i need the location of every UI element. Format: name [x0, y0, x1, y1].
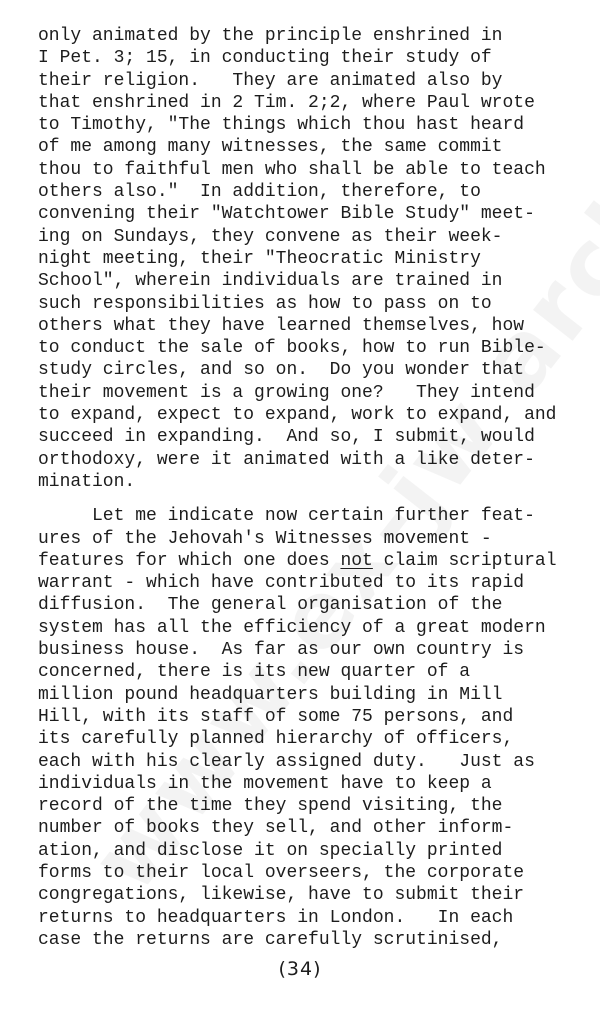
text-line: warrant - which have contributed to its … [38, 572, 578, 594]
text-line: returns to headquarters in London. In ea… [38, 907, 578, 929]
body-text: only animated by the principle enshrined… [38, 25, 578, 951]
text-line: their movement is a growing one? They in… [38, 382, 578, 404]
text-line: forms to their local overseers, the corp… [38, 862, 578, 884]
text-line: to conduct the sale of books, how to run… [38, 337, 578, 359]
text-line: features for which one does not claim sc… [38, 550, 578, 572]
text-line: ures of the Jehovah's Witnesses movement… [38, 528, 578, 550]
text-line: ing on Sundays, they convene as their we… [38, 226, 578, 248]
text-line: orthodoxy, were it animated with a like … [38, 449, 578, 471]
paragraph: Let me indicate now certain further feat… [38, 505, 578, 951]
paragraph-gap [38, 493, 578, 505]
document-page: www.ex-jw archive.org only animated by t… [0, 0, 600, 1029]
text-line: record of the time they spend visiting, … [38, 795, 578, 817]
page-number: (34) [0, 958, 600, 980]
text-line: its carefully planned hierarchy of offic… [38, 728, 578, 750]
text-line: study circles, and so on. Do you wonder … [38, 359, 578, 381]
text-line: of me among many witnesses, the same com… [38, 136, 578, 158]
text-line: concerned, there is its new quarter of a [38, 661, 578, 683]
paragraph: only animated by the principle enshrined… [38, 25, 578, 493]
text-line: others also." In addition, therefore, to [38, 181, 578, 203]
text-line: million pound headquarters building in M… [38, 684, 578, 706]
text-line: system has all the efficiency of a great… [38, 617, 578, 639]
text-line: succeed in expanding. And so, I submit, … [38, 426, 578, 448]
text-line: business house. As far as our own countr… [38, 639, 578, 661]
text-line: mination. [38, 471, 578, 493]
text-line: others what they have learned themselves… [38, 315, 578, 337]
text-line: School", wherein individuals are trained… [38, 270, 578, 292]
text-line: each with his clearly assigned duty. Jus… [38, 751, 578, 773]
text-line: that enshrined in 2 Tim. 2;2, where Paul… [38, 92, 578, 114]
text-line: congregations, likewise, have to submit … [38, 884, 578, 906]
text-line: their religion. They are animated also b… [38, 70, 578, 92]
text-line: to expand, expect to expand, work to exp… [38, 404, 578, 426]
text-line: individuals in the movement have to keep… [38, 773, 578, 795]
text-line: night meeting, their "Theocratic Ministr… [38, 248, 578, 270]
text-line: diffusion. The general organisation of t… [38, 594, 578, 616]
text-line: number of books they sell, and other inf… [38, 817, 578, 839]
text-line: convening their "Watchtower Bible Study"… [38, 203, 578, 225]
text-line: such responsibilities as how to pass on … [38, 293, 578, 315]
underlined-emphasis: not [340, 551, 372, 571]
text-line: only animated by the principle enshrined… [38, 25, 578, 47]
text-line: Hill, with its staff of some 75 persons,… [38, 706, 578, 728]
text-line: I Pet. 3; 15, in conducting their study … [38, 47, 578, 69]
text-line: ation, and disclose it on specially prin… [38, 840, 578, 862]
text-line: Let me indicate now certain further feat… [38, 505, 578, 527]
text-line: case the returns are carefully scrutinis… [38, 929, 578, 951]
text-line: thou to faithful men who shall be able t… [38, 159, 578, 181]
text-line: to Timothy, "The things which thou hast … [38, 114, 578, 136]
